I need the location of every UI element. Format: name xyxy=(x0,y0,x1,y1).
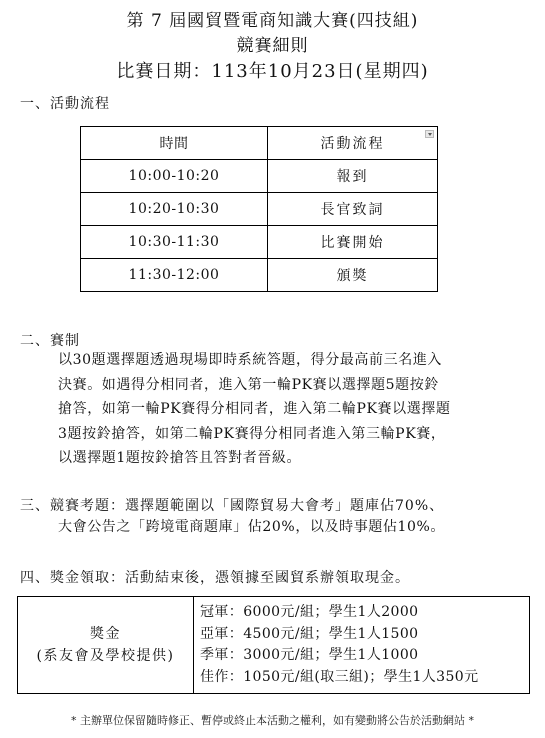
document-subtitle: 競賽細則 xyxy=(0,31,545,56)
table-row: 10:20-10:30 長官致詞 xyxy=(81,193,438,226)
activity-cell: 頒獎 xyxy=(268,259,438,292)
time-cell: 10:00-10:20 xyxy=(81,160,268,193)
column-header-activity-label: 活動流程 xyxy=(321,136,385,152)
prize-label-cell: 獎金 (系友會及學校提供) xyxy=(18,597,194,694)
format-paragraph: 以30題選擇題透過現場即時系統答題，得分最高前三名進入 決賽。如遇得分相同者，進… xyxy=(58,348,451,471)
section-heading-prize-claim: 四、獎金領取：活動結束後，憑領據至國貿系辦領取現金。 xyxy=(20,567,410,587)
schedule-table: 時間 活動流程 10:00-10:20 報到 10:20-10:30 長官致詞 … xyxy=(80,126,438,292)
prize-row: 獎金 (系友會及學校提供) 冠軍：6000元/組；學生1人2000 亞軍：450… xyxy=(18,597,530,694)
prize-label: 獎金 xyxy=(18,623,193,645)
time-cell: 10:20-10:30 xyxy=(81,193,268,226)
time-cell: 11:30-12:00 xyxy=(81,259,268,292)
column-header-activity: 活動流程 xyxy=(268,127,438,160)
paragraph-line: 搶答，如第一輪PK賽得分相同者，進入第二輪PK賽以選擇題 xyxy=(58,397,451,422)
document-title: 第 7 屆國貿暨電商知識大賽(四技組) xyxy=(0,6,545,31)
section-heading-schedule: 一、活動流程 xyxy=(20,93,110,113)
competition-date: 比賽日期：113年10月23日(星期四) xyxy=(0,57,545,83)
prize-second: 亞軍：4500元/組；學生1人1500 xyxy=(200,624,529,646)
section-heading-format: 二、賽制 xyxy=(20,330,80,350)
table-header-row: 時間 活動流程 xyxy=(81,127,438,160)
paragraph-line: 決賽。如遇得分相同者，進入第一輪PK賽以選擇題5題按鈴 xyxy=(58,373,451,398)
table-row: 10:30-11:30 比賽開始 xyxy=(81,226,438,259)
dropdown-arrow-icon[interactable] xyxy=(425,130,434,138)
prize-first: 冠軍：6000元/組；學生1人2000 xyxy=(200,602,529,624)
time-cell: 10:30-11:30 xyxy=(81,226,268,259)
prize-honorable-mention: 佳作：1050元/組(取三組)；學生1人350元 xyxy=(200,667,529,689)
section-heading-exam-scope: 三、競賽考題：選擇題範圍以「國際貿易大會考」題庫佔70%、 xyxy=(20,495,444,515)
table-row: 10:00-10:20 報到 xyxy=(81,160,438,193)
activity-cell: 報到 xyxy=(268,160,438,193)
column-header-time: 時間 xyxy=(81,127,268,160)
prize-values-cell: 冠軍：6000元/組；學生1人2000 亞軍：4500元/組；學生1人1500 … xyxy=(194,597,530,694)
activity-cell: 長官致詞 xyxy=(268,193,438,226)
prize-third: 季軍：3000元/組；學生1人1000 xyxy=(200,645,529,667)
table-row: 11:30-12:00 頒獎 xyxy=(81,259,438,292)
exam-scope-continuation: 大會公告之「跨境電商題庫」佔20%，以及時事題佔10%。 xyxy=(58,515,445,540)
paragraph-line: 以30題選擇題透過現場即時系統答題，得分最高前三名進入 xyxy=(58,348,451,373)
prize-sponsor: (系友會及學校提供) xyxy=(18,645,193,667)
paragraph-line: 3題按鈴搶答，如第二輪PK賽得分相同者進入第三輪PK賽， xyxy=(58,422,451,447)
paragraph-line: 以選擇題1題按鈴搶答且答對者晉級。 xyxy=(58,446,451,471)
activity-cell: 比賽開始 xyxy=(268,226,438,259)
prize-table: 獎金 (系友會及學校提供) 冠軍：6000元/組；學生1人2000 亞軍：450… xyxy=(17,596,530,694)
footnote-disclaimer: * 主辦單位保留隨時修正、暫停或終止本活動之權利，如有變動將公告於活動網站 * xyxy=(0,712,545,728)
